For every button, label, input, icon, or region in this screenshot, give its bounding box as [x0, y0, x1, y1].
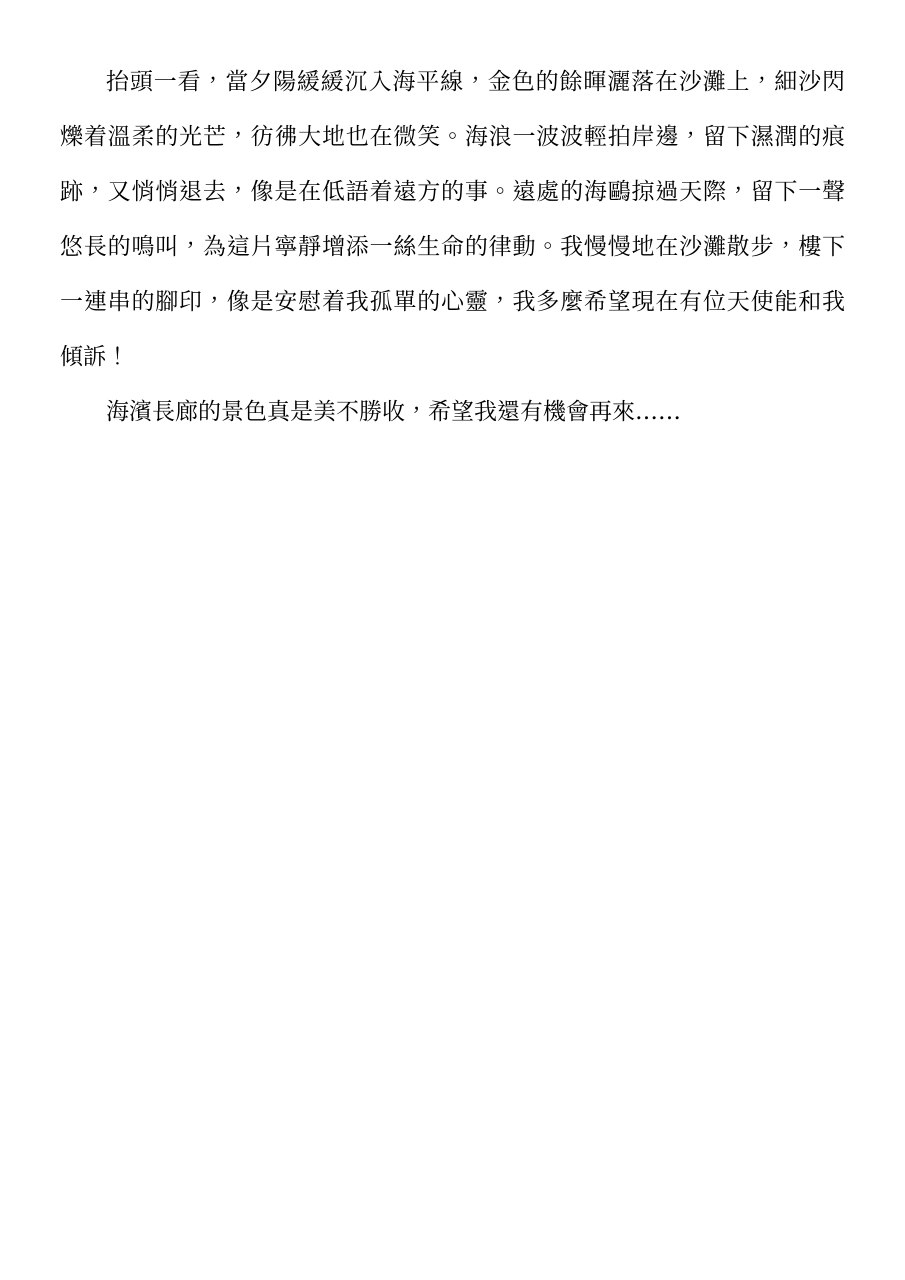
document-body: 抬頭一看，當夕陽緩緩沉入海平線，金色的餘暉灑落在沙灘上，細沙閃 爍着溫柔的光芒，…	[60, 55, 845, 440]
text-line: 海濱長廊的景色真是美不勝收，希望我還有機會再來……	[60, 385, 845, 440]
text-line: 傾訴！	[60, 330, 845, 385]
text-line: 悠長的鳴叫，為這片寧靜增添一絲生命的律動。我慢慢地在沙灘散步，樓下	[60, 220, 845, 275]
paragraph-2: 海濱長廊的景色真是美不勝收，希望我還有機會再來……	[60, 385, 845, 440]
text-line: 一連串的腳印，像是安慰着我孤單的心靈，我多麼希望現在有位天使能和我	[60, 275, 845, 330]
text-line: 跡，又悄悄退去，像是在低語着遠方的事。遠處的海鷗掠過天際，留下一聲	[60, 165, 845, 220]
paragraph-1: 抬頭一看，當夕陽緩緩沉入海平線，金色的餘暉灑落在沙灘上，細沙閃 爍着溫柔的光芒，…	[60, 55, 845, 385]
text-line: 爍着溫柔的光芒，彷彿大地也在微笑。海浪一波波輕拍岸邊，留下濕潤的痕	[60, 110, 845, 165]
document-page: 抬頭一看，當夕陽緩緩沉入海平線，金色的餘暉灑落在沙灘上，細沙閃 爍着溫柔的光芒，…	[0, 0, 905, 1280]
text-line: 抬頭一看，當夕陽緩緩沉入海平線，金色的餘暉灑落在沙灘上，細沙閃	[60, 55, 845, 110]
